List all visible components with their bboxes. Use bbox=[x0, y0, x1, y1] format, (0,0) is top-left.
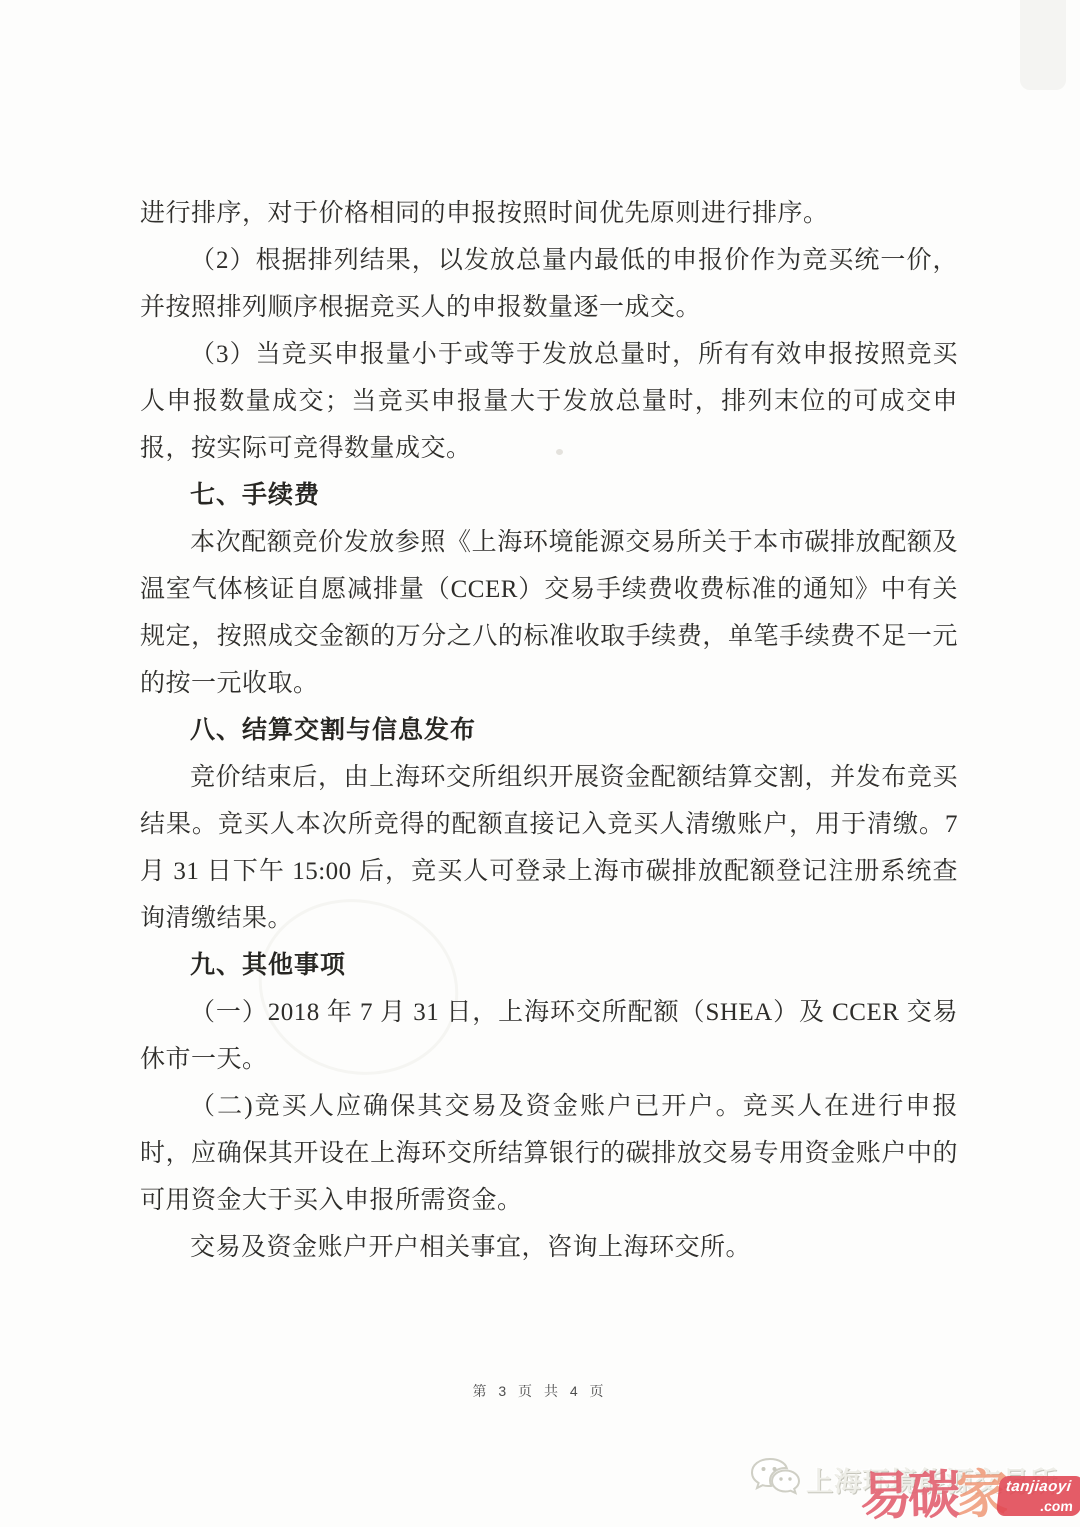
page-number: 第 3 页 共 4 页 bbox=[472, 1383, 607, 1399]
stamp-domain-text: tanjiaoyi bbox=[1005, 1478, 1072, 1495]
section-heading-other: 九、其他事项 bbox=[140, 942, 958, 989]
section-heading-settlement: 八、结算交割与信息发布 bbox=[140, 707, 958, 754]
scan-smudge bbox=[1020, 0, 1066, 90]
brand-watermark: 上海环境能源交易所 易碳家 tanjiaoyi .com bbox=[742, 1446, 1080, 1527]
tanjiaoyi-stamp: 易碳家 bbox=[860, 1469, 1009, 1524]
paragraph: 本次配额竞价发放参照《上海环境能源交易所关于本市碳排放配额及温室气体核证自愿减排… bbox=[140, 519, 958, 707]
page-footer: 第 3 页 共 4 页 bbox=[0, 1381, 1080, 1401]
paragraph: 竞价结束后，由上海环交所组织开展资金配额结算交割，并发布竞买结果。竞买人本次所竞… bbox=[140, 754, 958, 942]
stamp-char: 碳 bbox=[908, 1470, 961, 1523]
wechat-bubbles-icon bbox=[750, 1456, 806, 1502]
document-body: 进行排序，对于价格相同的申报按照时间优先原则进行排序。 （2）根据排列结果，以发… bbox=[140, 190, 958, 1271]
paragraph: （2）根据排列结果，以发放总量内最低的申报价作为竞买统一价，并按照排列顺序根据竞… bbox=[140, 237, 958, 331]
tanjiaoyi-domain-box: tanjiaoyi .com bbox=[996, 1476, 1080, 1516]
paragraph: （二)竞买人应确保其交易及资金账户已开户。竞买人在进行申报时，应确保其开设在上海… bbox=[140, 1083, 958, 1224]
stamp-tld-text: .com bbox=[1039, 1498, 1073, 1514]
section-heading-fees: 七、手续费 bbox=[140, 472, 958, 519]
stamp-char: 易 bbox=[860, 1470, 913, 1523]
paragraph: 交易及资金账户开户相关事宜，咨询上海环交所。 bbox=[140, 1224, 958, 1271]
paragraph: （3）当竞买申报量小于或等于发放总量时，所有有效申报按照竞买人申报数量成交；当竞… bbox=[140, 331, 958, 472]
paragraph: （一）2018 年 7 月 31 日，上海环交所配额（SHEA）及 CCER 交… bbox=[140, 989, 958, 1083]
document-page: 进行排序，对于价格相同的申报按照时间优先原则进行排序。 （2）根据排列结果，以发… bbox=[0, 0, 1080, 1527]
paragraph: 进行排序，对于价格相同的申报按照时间优先原则进行排序。 bbox=[140, 190, 958, 237]
